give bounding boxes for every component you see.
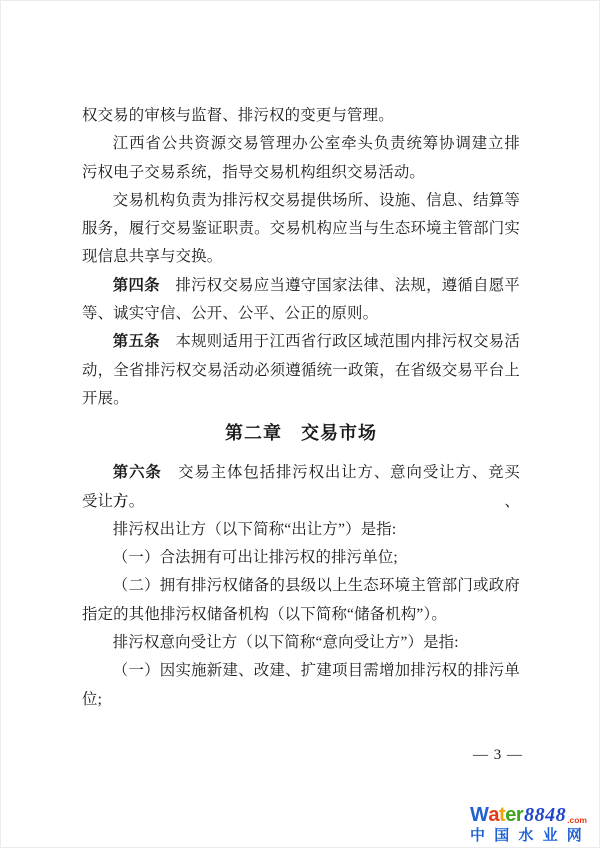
text-segment: 服务，履行交易鉴证职责。交易机构应当与生态环境主管部门实 (82, 220, 520, 237)
text-segment: （一）合法拥有可出让排污权的排污单位; (113, 549, 398, 566)
water8848-logo: W a t e r 8848 .com 中国水业网 (470, 805, 596, 843)
text-segment: 交易机构负责为排污权交易提供场所、设施、信息、结算等 (113, 192, 520, 209)
text-line: 交易机构负责为排污权交易提供场所、设施、信息、结算等 (82, 187, 520, 215)
text-segment: （二）拥有排污权储备的县级以上生态环境主管部门或政府 (113, 577, 520, 594)
text-line: 江西省公共资源交易管理办公室牵头负责统筹协调建立排 (82, 130, 520, 158)
text-line: 污权电子交易系统，指导交易机构组织交易活动。 (82, 159, 520, 187)
text-line: 指定的其他排污权储备机构（以下简称“储备机构”）。 (82, 601, 520, 629)
text-segment: 指定的其他排污权储备机构（以下简称“储备机构”）。 (82, 606, 447, 623)
logo-letter-r: r (516, 805, 523, 825)
text-segment: 江西省公共资源交易管理办公室牵头负责统筹协调建立排 (113, 135, 520, 152)
page-number: — 3 — (473, 747, 523, 764)
text-line: （一）因实施新建、改建、扩建项目需增加排污权的排污单 (82, 657, 520, 685)
text-segment: 权交易的审核与监督、排污权的变更与管理。 (82, 107, 394, 124)
water8848-wordmark: W a t e r 8848 .com (470, 805, 596, 825)
text-line: 现信息共享与交换。 (82, 243, 520, 271)
text-line: 第四条 排污权交易应当遵守国家法律、法规，遵循自愿平 (82, 272, 520, 300)
text-line: 权交易的审核与监督、排污权的变更与管理。 (82, 102, 520, 130)
text-line: 排污权出让方（以下简称“出让方”）是指: (82, 516, 520, 544)
text-line: 排污权意向受让方（以下简称“意向受让方”）是指: (82, 629, 520, 657)
text-segment: 排污权意向受让方（以下简称“意向受让方”）是指: (113, 634, 459, 651)
document-body: 权交易的审核与监督、排污权的变更与管理。江西省公共资源交易管理办公室牵头负责统筹… (82, 102, 520, 714)
text-line: 动，全省排污权交易活动必须遵循统一政策，在省级交易平台上 (82, 357, 520, 385)
text-segment: （一）因实施新建、改建、扩建项目需增加排污权的排污单 (113, 662, 520, 679)
text-segment: 本规则适用于江西省行政区域范围内排污权交易活 (160, 333, 520, 350)
text-line: （一）合法拥有可出让排污权的排污单位; (82, 544, 520, 572)
text-segment: 开展。 (82, 390, 129, 407)
article-number: 第五条 (113, 333, 160, 350)
logo-dotcom: .com (567, 816, 587, 826)
logo-letter-a: a (488, 805, 499, 825)
article-number: 第二章 交易市场 (225, 423, 377, 443)
text-line: 服务，履行交易鉴证职责。交易机构应当与生态环境主管部门实 (82, 215, 520, 243)
text-line: 第五条 本规则适用于江西省行政区域范围内排污权交易活 (82, 328, 520, 356)
text-segment: 交易主体包括排污权出让方、意向受让方、竞买方、 (113, 464, 520, 509)
text-segment: 位; (82, 691, 102, 708)
text-line: 开展。 (82, 385, 520, 413)
text-segment: 动，全省排污权交易活动必须遵循统一政策，在省级交易平台上 (82, 362, 520, 379)
text-line: （二）拥有排污权储备的县级以上生态环境主管部门或政府 (82, 572, 520, 600)
article-number: 第四条 (113, 277, 160, 294)
logo-subtitle-china-water: 中国水业网 (470, 828, 600, 843)
text-segment: 受让方。 (82, 493, 144, 510)
logo-number-8848: 8848 (524, 805, 566, 825)
logo-letter-w: W (470, 805, 488, 825)
text-segment: 排污权交易应当遵守国家法律、法规，遵循自愿平 (160, 277, 520, 294)
logo-letter-e: e (505, 805, 516, 825)
text-segment: 等、诚实守信、公开、公平、公正的原则。 (82, 305, 378, 322)
document-page: 权交易的审核与监督、排污权的变更与管理。江西省公共资源交易管理办公室牵头负责统筹… (0, 0, 600, 848)
chapter-heading: 第二章 交易市场 (82, 421, 520, 445)
text-segment: 现信息共享与交换。 (82, 248, 222, 265)
text-segment: 污权电子交易系统，指导交易机构组织交易活动。 (82, 164, 425, 181)
text-line: 第六条 交易主体包括排污权出让方、意向受让方、竞买方、 (82, 459, 520, 487)
text-line: 等、诚实守信、公开、公平、公正的原则。 (82, 300, 520, 328)
text-segment: 排污权出让方（以下简称“出让方”）是指: (113, 521, 397, 538)
article-number: 第六条 (113, 464, 162, 481)
text-line: 位; (82, 686, 520, 714)
